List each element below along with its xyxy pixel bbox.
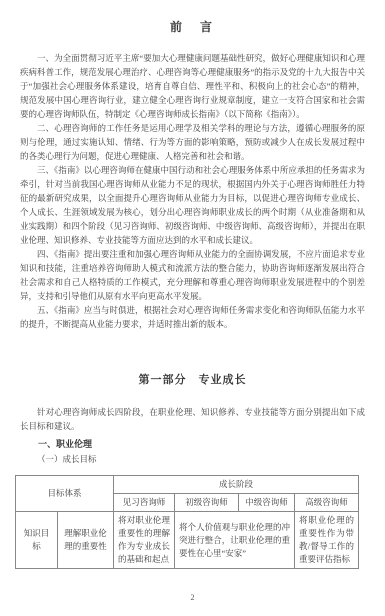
row-category-cell: 知识目标 <box>16 512 58 569</box>
row-junior-middle-cell: 将个人价值观与职业伦理的冲突进行整合，让职业伦理的重要性在心里“安家” <box>175 512 295 569</box>
table-row: 知识目标 理解职业伦理的重要性 将对职业伦理重要性的理解作为专业成长的基础和起点… <box>16 512 359 569</box>
preface-paragraph-4: 四、《指南》提出要注重和加强心理咨询师从业能力的全面协调发展，不应片面追求专业知… <box>20 247 365 303</box>
stage-header-trainee: 见习咨询师 <box>114 494 175 512</box>
section-occupational-ethics: 一、职业伦理 <box>20 437 365 452</box>
preface-paragraph-5: 五、《指南》应当与时俱进，根据社会对心理咨询师任务需求变化和咨询师队伍能力水平的… <box>20 303 365 331</box>
table-header-row-1: 目标体系 成长阶段 <box>16 476 359 494</box>
row-goal-cell: 理解职业伦理的重要性 <box>58 512 114 569</box>
goal-system-header-cell: 目标体系 <box>16 476 114 512</box>
stage-header-middle: 中级咨询师 <box>239 494 295 512</box>
stage-group-header-cell: 成长阶段 <box>114 476 359 494</box>
part1-intro: 针对心理咨询师成长四阶段，在职业伦理、知识修养、专业技能等方面分别提出如下成长目… <box>20 405 365 433</box>
page-number: 2 <box>0 593 385 602</box>
part1-heading: 第一部分 专业成长 <box>20 371 365 387</box>
preface-paragraph-3: 三、《指南》以心理咨询师在健康中国行动和社会心理服务体系中所应承担的任务需求为牵… <box>20 163 365 247</box>
stage-header-senior: 高级咨询师 <box>295 494 359 512</box>
preface-paragraph-1: 一、为全面贯彻习近平主席“要加大心理健康问题基础性研究，做好心理健康知识和心理疾… <box>20 51 365 121</box>
row-trainee-cell: 将对职业伦理重要性的理解作为专业成长的基础和起点 <box>114 512 175 569</box>
stage-header-junior: 初级咨询师 <box>175 494 239 512</box>
preface-title: 前 言 <box>20 18 365 35</box>
growth-goals-table: 目标体系 成长阶段 见习咨询师 初级咨询师 中级咨询师 高级咨询师 知识目标 理… <box>15 475 359 569</box>
document-page: 前 言 一、为全面贯彻习近平主席“要加大心理健康问题基础性研究，做好心理健康知识… <box>0 0 385 616</box>
row-senior-cell: 将职业伦理的重要性作为带教/督导工作的重要评估指标 <box>295 512 359 569</box>
subsection-growth-goals: （一）成长目标 <box>20 452 365 467</box>
preface-paragraph-2: 二、心理咨询师的工作任务是运用心理学及相关学科的理论与方法，遵循心理服务的原则与… <box>20 121 365 163</box>
